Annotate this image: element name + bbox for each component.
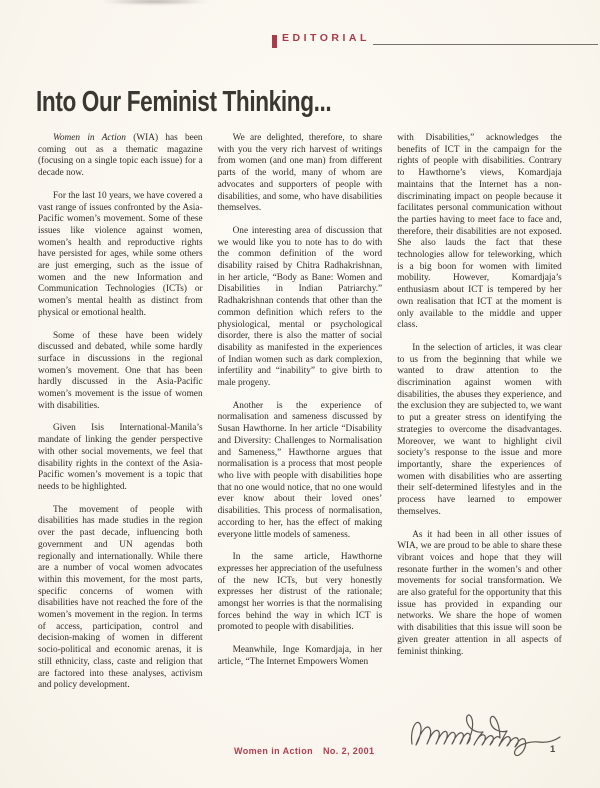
magazine-page: EDITORIAL Into Our Feminist Thinking... … [0, 0, 600, 788]
page-number: 1 [550, 744, 555, 755]
paragraph: Meanwhile, Inge Komardjaja, in her artic… [218, 645, 383, 668]
header-rule [373, 44, 598, 45]
lead-paragraph: Women in Action (WIA) has been coming ou… [38, 133, 203, 180]
footer-citation: Women in ActionNo. 2, 2001 [234, 746, 374, 756]
kicker-accent-bar [272, 35, 277, 48]
handwritten-signature [404, 702, 568, 760]
paragraph: For the last 10 years, we have covered a… [38, 191, 203, 320]
text-column-2: We are delighted, therefore, to share wi… [218, 133, 383, 751]
article-title-text: Into Our Feminist Thinking... [36, 86, 331, 119]
text-column-3: with Disabilities,” acknowledges the ben… [397, 133, 562, 751]
paragraph: One interesting area of discussion that … [218, 226, 383, 390]
text-column-1: Women in Action (WIA) has been coming ou… [38, 133, 203, 751]
footer-journal-name: Women in Action [234, 746, 313, 756]
paragraph-continuation: with Disabilities,” acknowledges the ben… [397, 133, 562, 332]
journal-name-italic: Women in Action [53, 133, 126, 143]
paragraph: As it had been in all other issues of WI… [397, 530, 562, 659]
footer-issue: No. 2, 2001 [323, 746, 374, 756]
paragraph: Given Isis International-Manila’s mandat… [38, 423, 203, 493]
scan-smudge-artifact [100, 0, 210, 5]
paragraph: In the same article, Hawthorne expresses… [218, 552, 383, 634]
paragraph: Another is the experience of normalisati… [218, 401, 383, 541]
paragraph: Some of these have been widely discussed… [38, 331, 203, 413]
article-body: Women in Action (WIA) has been coming ou… [38, 133, 562, 751]
section-header: EDITORIAL [272, 31, 598, 48]
article-title: Into Our Feminist Thinking... [36, 82, 596, 119]
paragraph: In the selection of articles, it was cle… [397, 343, 562, 519]
paragraph: The movement of people with disabilities… [38, 505, 203, 692]
section-kicker-label: EDITORIAL [282, 31, 370, 45]
paragraph: We are delighted, therefore, to share wi… [218, 133, 383, 215]
